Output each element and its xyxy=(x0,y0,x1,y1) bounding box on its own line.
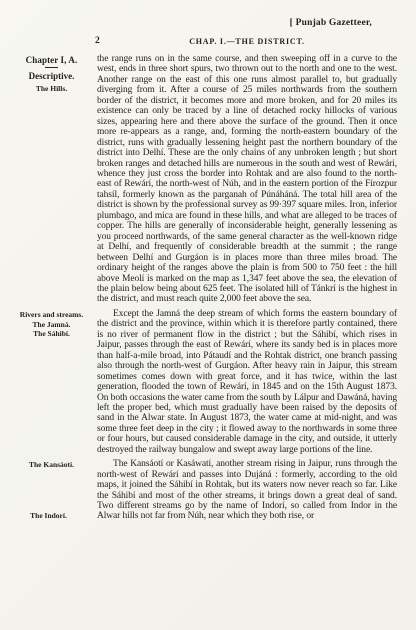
margin-notes-hills: Chapter I, A. Descriptive. The Hills. xyxy=(0,54,97,94)
section-rivers-and-streams: Rivers and streams. The Jamná. The Sáhib… xyxy=(0,309,416,459)
paragraph-the-hills: the range runs on in the same course, an… xyxy=(97,54,397,305)
text-column-kansaoti: The Kansáotí or Kasáwatí, another stream… xyxy=(97,459,397,526)
margin-note-the-indori: The Indorí. xyxy=(0,511,97,521)
margin-note-rivers-and-streams: Rivers and streams. xyxy=(10,310,93,320)
section-the-hills: Chapter I, A. Descriptive. The Hills. th… xyxy=(0,54,416,309)
margin-note-the-kansaoti: The Kansáotí. xyxy=(10,460,93,470)
scanned-page: [ Punjab Gazetteer, 2 CHAP. I.—THE DISTR… xyxy=(0,0,416,630)
margin-descriptive-heading: Descriptive. xyxy=(10,71,93,81)
margin-note-the-hills: The Hills. xyxy=(10,84,93,94)
margin-notes-kansaoti: The Kansáotí. The Indorí. xyxy=(0,459,97,470)
text-column-hills: the range runs on in the same course, an… xyxy=(97,54,397,309)
margin-note-the-sahibi: The Sáhibí. xyxy=(10,329,93,339)
section-kansaoti-indori: The Kansáotí. The Indorí. The Kansáotí o… xyxy=(0,459,416,526)
page-content: Chapter I, A. Descriptive. The Hills. th… xyxy=(0,54,416,526)
running-header: [ Punjab Gazetteer, xyxy=(290,18,372,28)
margin-notes-rivers: Rivers and streams. The Jamná. The Sáhib… xyxy=(0,309,97,339)
margin-note-the-jamna: The Jamná. xyxy=(10,320,93,330)
chapter-running-title: CHAP. I.—THE DISTRICT. xyxy=(97,37,397,46)
paragraph-rivers-and-streams: Except the Jamná the deep stream of whic… xyxy=(97,309,397,455)
margin-rule-divider xyxy=(45,67,58,68)
text-column-rivers: Except the Jamná the deep stream of whic… xyxy=(97,309,397,459)
paragraph-kansaoti-indori: The Kansáotí or Kasáwatí, another stream… xyxy=(97,459,397,522)
margin-chapter-heading: Chapter I, A. xyxy=(10,55,93,65)
